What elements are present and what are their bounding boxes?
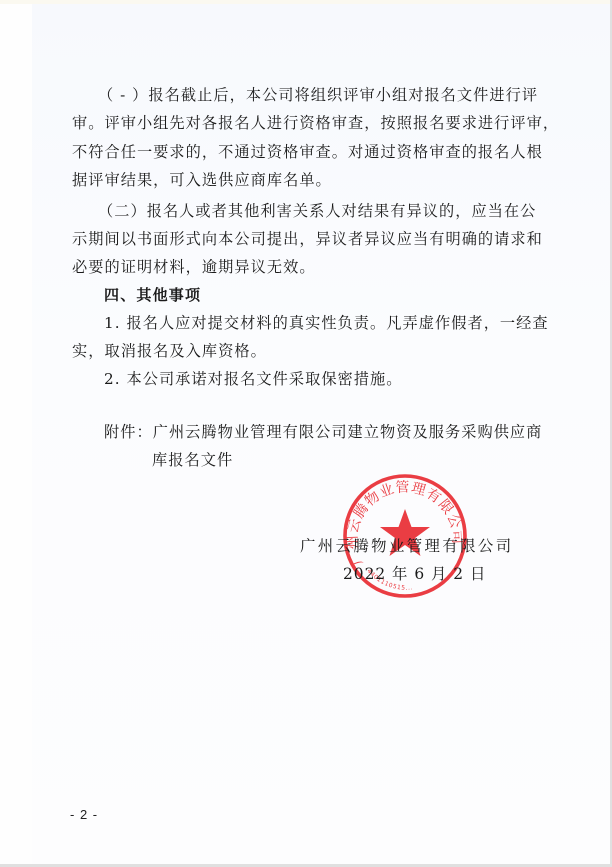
review-para1-line3: 不符合任一要求的，不通过资格审查。对通过资格审查的报名人根	[72, 145, 543, 160]
review-para1-line1: （ - ）报名截止后，本公司将组织评审小组对报名文件进行评	[98, 88, 538, 103]
other-item1-line1: 1. 报名人应对提交材料的真实性负责。凡弄虚作假者，一经查	[104, 316, 549, 331]
other-item2: 2. 本公司承诺对报名文件采取保密措施。	[104, 372, 403, 387]
review-para2-line2: 示期间以书面形式向本公司提出，异议者异议应当有明确的请求和	[72, 232, 543, 247]
document-page: （ - ）报名截止后，本公司将组织评审小组对报名文件进行评 审。评审小组先对各报…	[0, 0, 610, 864]
attachment-line1: 附件：广州云腾物业管理有限公司建立物资及服务采购供应商	[104, 425, 542, 440]
section-heading-other: 四、其他事项	[104, 288, 201, 303]
signature-date: 2022 年 6 月 2 日	[343, 567, 486, 582]
review-para1-line2: 审。评审小组先对各报名人进行资格审查，按照报名要求进行评审，	[72, 116, 559, 131]
signature-company-name: 广州云腾物业管理有限公司	[300, 539, 514, 554]
other-item1-line2: 实，取消报名及入库资格。	[72, 344, 267, 359]
review-para2-line1: （二）报名人或者其他利害关系人对结果有异议的，应当在公	[98, 204, 536, 219]
page-number: - 2 -	[70, 807, 98, 822]
page-top-edge	[0, 0, 610, 4]
review-para1-line4: 据评审结果，可入选供应商库名单。	[72, 173, 332, 188]
attachment-line2: 库报名文件	[152, 453, 233, 468]
review-para2-line3: 必要的证明材料，逾期异议无效。	[72, 260, 316, 275]
